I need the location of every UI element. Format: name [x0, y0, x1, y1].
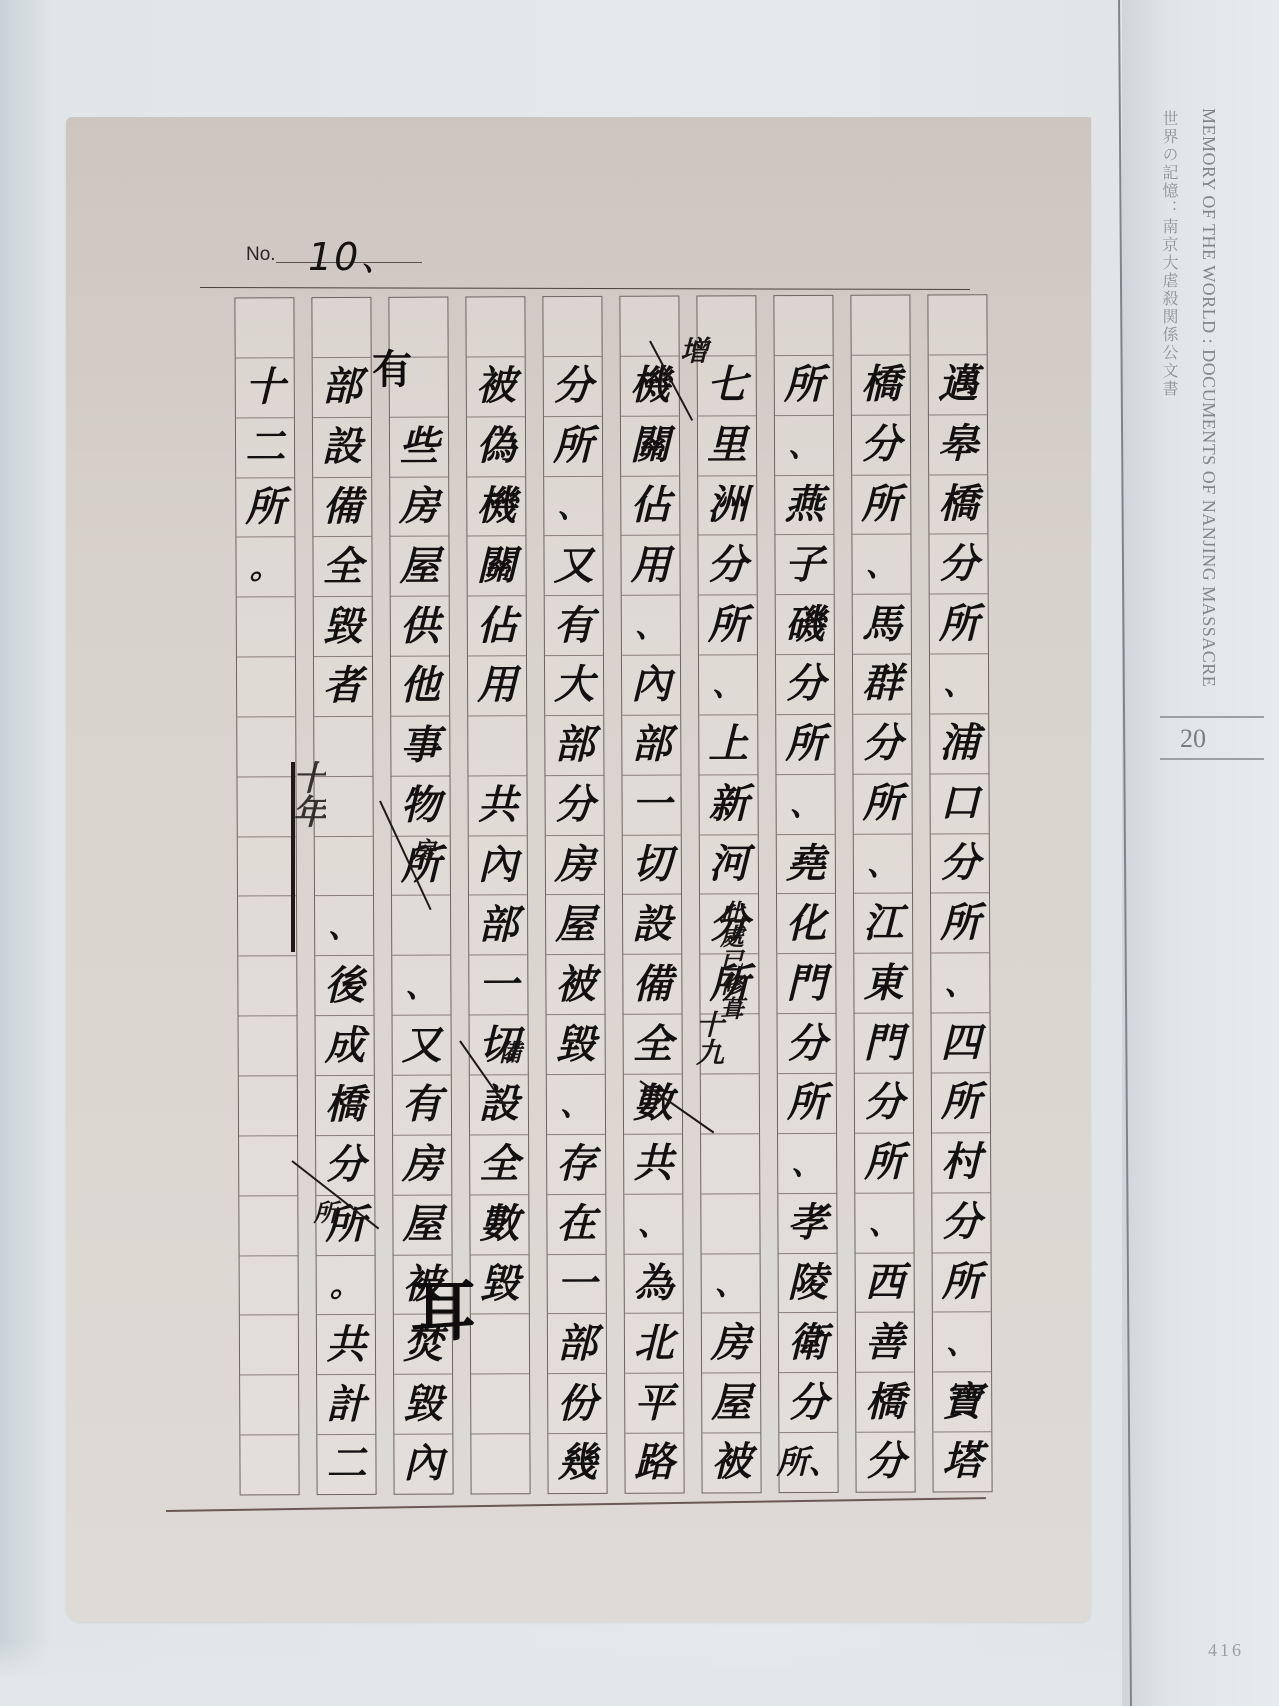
grid-cell: [312, 298, 370, 358]
grid-cell: [239, 1196, 297, 1256]
grid-cell: 所: [931, 894, 989, 954]
grid-cell: 數: [470, 1195, 528, 1255]
grid-cell: 分: [932, 1193, 990, 1253]
grid-cell: [466, 297, 524, 357]
grid-cell: 屋: [390, 537, 448, 597]
grid-cell: 、: [547, 1075, 605, 1135]
grid-cell: 堯: [777, 834, 835, 894]
grid-cell: [471, 1434, 529, 1493]
grid-cell: 一: [622, 775, 680, 835]
grid-cell: [235, 298, 293, 358]
grid-cell: 平: [625, 1374, 683, 1434]
grid-cell: 後: [315, 956, 373, 1016]
chapter-number: 20: [1180, 724, 1206, 754]
grid-cell: 分: [779, 1373, 837, 1433]
grid-cell: 分: [853, 714, 911, 774]
grid-cell: 內: [394, 1435, 452, 1494]
grid-cell: 寶: [933, 1372, 991, 1432]
grid-cell: 部: [545, 716, 603, 776]
grid-cell: 分: [776, 655, 834, 715]
grid-cell: 、: [315, 896, 373, 956]
grid-cell: 橋: [929, 475, 987, 535]
grid-cell: 備: [313, 477, 371, 537]
margin-note-insert: 所: [306, 1200, 341, 1224]
grid-cell: 。: [317, 1255, 375, 1315]
margin-note-insert: 備: [490, 1040, 525, 1064]
grid-cell: [238, 957, 296, 1017]
grid-cell: 善: [856, 1313, 914, 1373]
running-title-english: MEMORY OF THE WORLD : DOCUMENTS OF NANJI…: [1198, 108, 1219, 687]
page-number: 416: [1208, 1640, 1244, 1661]
grid-cell: 。: [236, 538, 294, 598]
grid-cell: 共: [468, 776, 526, 836]
margin-note-revision: 此處已修葺: [716, 900, 742, 1020]
grid-cell: 所: [932, 1073, 990, 1133]
grid-cell: 分: [544, 357, 602, 417]
grid-cell: 事: [391, 716, 449, 776]
grid-cell: 全: [313, 537, 371, 597]
grid-cell: 四: [932, 1013, 990, 1073]
grid-cell: 、: [855, 1193, 913, 1253]
grid-cell: 分: [855, 1074, 913, 1134]
grid-cell: 房: [390, 477, 448, 537]
grid-cell: 橋: [316, 1076, 374, 1136]
grid-cell: 佔: [468, 596, 526, 656]
grid-cell: 、: [930, 654, 988, 714]
grid-cell: 、: [392, 956, 450, 1016]
manuscript-column: 機關佔用、內部一切設備全數共、為北平路: [619, 296, 684, 1494]
grid-cell: 所: [853, 774, 911, 834]
grid-cell: 二: [317, 1435, 375, 1494]
grid-cell: 幾: [548, 1434, 606, 1493]
margin-note-insert: 房: [404, 838, 439, 862]
grid-cell: 七: [698, 356, 756, 416]
document-number-label: No.: [246, 244, 276, 266]
grid-cell: 毀: [314, 597, 372, 657]
grid-cell: 皋: [929, 415, 987, 475]
margin-note-strikeout: 十年: [282, 760, 331, 828]
grid-cell: 陵: [779, 1253, 837, 1313]
manuscript-column: 七里洲分所、上新河分所、房屋被: [696, 295, 761, 1493]
grid-cell: 全: [624, 1015, 682, 1075]
grid-cell: 所: [778, 1074, 836, 1134]
grid-cell: 二: [236, 418, 294, 478]
grid-cell: 分: [698, 536, 756, 596]
grid-cell: 用: [468, 656, 526, 716]
grid-cell: 所: [544, 417, 602, 477]
grid-cell: 、: [702, 1254, 760, 1314]
manuscript-grid: 邁皋橋分所、浦口分所、四所村分所、寶塔橋分所、馬群分所、江東門分所、西善橋分所、…: [161, 294, 992, 1494]
grid-cell: [239, 1136, 297, 1196]
grid-cell: 、: [544, 476, 602, 536]
grid-cell: 房: [393, 1135, 451, 1195]
grid-cell: 共: [317, 1315, 375, 1375]
manuscript-column: 十二所。: [234, 297, 299, 1495]
grid-cell: 分: [929, 535, 987, 595]
grid-cell: 、: [699, 655, 757, 715]
grid-cell: 所: [236, 478, 294, 538]
grid-cell: 機: [621, 356, 679, 416]
grid-cell: 馬: [853, 595, 911, 655]
grid-cell: 物: [391, 776, 449, 836]
grid-cell: 部: [548, 1314, 606, 1374]
grid-cell: 、: [852, 535, 910, 595]
grid-cell: 、: [775, 416, 833, 476]
correction-stroke: [291, 762, 295, 952]
grid-cell: 全: [470, 1135, 528, 1195]
grid-cell: [851, 296, 909, 356]
grid-cell: 橋: [852, 355, 910, 415]
margin-note-insert: 增: [672, 336, 712, 364]
grid-cell: 設: [623, 895, 681, 955]
grid-cell: 一: [548, 1254, 606, 1314]
grid-cell: [471, 1374, 529, 1434]
grid-cell: 部: [313, 358, 371, 418]
grid-cell: 屋: [546, 895, 604, 955]
grid-cell: [471, 1315, 529, 1375]
grid-cell: 所: [852, 475, 910, 535]
grid-cell: [701, 1194, 759, 1254]
grid-cell: 十: [236, 358, 294, 418]
grid-cell: 群: [853, 655, 911, 715]
grid-cell: 分: [778, 1014, 836, 1074]
grid-cell: 門: [777, 954, 835, 1014]
manuscript-column: 邁皋橋分所、浦口分所、四所村分所、寶塔: [927, 294, 992, 1492]
grid-cell: 偽: [467, 417, 525, 477]
grid-cell: 屋: [393, 1195, 451, 1255]
grid-cell: 浦: [930, 714, 988, 774]
grid-cell: 計: [317, 1375, 375, 1435]
grid-cell: [238, 837, 296, 897]
grid-cell: 村: [932, 1133, 990, 1193]
grid-cell: [928, 295, 986, 355]
ink-blot-character: 有: [372, 338, 412, 395]
page-bottom-curl: [0, 1640, 1122, 1706]
manuscript-column: 橋分所、馬群分所、江東門分所、西善橋分: [850, 295, 915, 1493]
grid-cell: 備: [623, 955, 681, 1015]
running-title-japanese: 世界の記憶：南京大虐殺関係公文書: [1158, 110, 1181, 398]
grid-cell: 東: [854, 954, 912, 1014]
grid-cell: 衛: [779, 1313, 837, 1373]
grid-cell: 分: [856, 1433, 914, 1492]
grid-cell: 、: [776, 775, 834, 835]
grid-cell: 設: [313, 418, 371, 478]
grid-cell: 毀: [394, 1375, 452, 1435]
grid-cell: [315, 836, 373, 896]
margin-note-number: 十九: [688, 1010, 728, 1066]
grid-cell: 化: [777, 894, 835, 954]
grid-cell: 部: [622, 715, 680, 775]
grid-cell: 內: [469, 836, 527, 896]
grid-cell: 所: [776, 715, 834, 775]
grid-cell: 所: [775, 356, 833, 416]
grid-cell: 又: [393, 1016, 451, 1076]
grid-cell: [774, 296, 832, 356]
seal-mark: 耳: [410, 1258, 476, 1353]
grid-cell: 路: [625, 1434, 683, 1493]
grid-cell: 燕: [775, 475, 833, 535]
grid-cell: 、: [933, 1313, 991, 1373]
grid-cell: 門: [855, 1014, 913, 1074]
grid-cell: 所: [930, 594, 988, 654]
grid-cell: 所、: [779, 1433, 837, 1492]
grid-cell: 他: [391, 657, 449, 717]
grid-cell: [237, 597, 295, 657]
grid-cell: [239, 1076, 297, 1136]
grid-cell: [237, 657, 295, 717]
grid-cell: 用: [621, 536, 679, 596]
grid-cell: [468, 716, 526, 776]
grid-cell: 分: [852, 415, 910, 475]
grid-cell: 內: [622, 656, 680, 716]
grid-cell: 有: [545, 596, 603, 656]
grid-cell: [392, 896, 450, 956]
grid-cell: 有: [393, 1076, 451, 1136]
grid-cell: 孝: [778, 1194, 836, 1254]
grid-cell: 毀: [547, 1015, 605, 1075]
grid-cell: 口: [930, 774, 988, 834]
document-number-value: 10、: [308, 226, 400, 281]
grid-cell: 里: [698, 416, 756, 476]
grid-cell: 份: [548, 1374, 606, 1434]
manuscript-column: 分所、又有大部分房屋被毀、存在一部份幾: [542, 296, 607, 1494]
grid-cell: 磯: [776, 595, 834, 655]
grid-cell: 為: [625, 1254, 683, 1314]
grid-cell: [701, 1134, 759, 1194]
grid-cell: [543, 297, 601, 357]
grid-cell: 、: [622, 596, 680, 656]
grid-cell: 被: [702, 1433, 760, 1492]
grid-cell: [240, 1435, 298, 1494]
grid-cell: [240, 1256, 298, 1316]
grid-cell: 、: [854, 834, 912, 894]
grid-cell: 子: [775, 535, 833, 595]
grid-cell: [238, 897, 296, 957]
grid-cell: 在: [547, 1195, 605, 1255]
grid-cell: 塔: [933, 1432, 991, 1491]
grid-cell: 存: [547, 1135, 605, 1195]
grid-cell: 者: [314, 657, 372, 717]
grid-cell: 所: [933, 1253, 991, 1313]
grid-cell: 、: [778, 1134, 836, 1194]
grid-cell: 上: [699, 715, 757, 775]
grid-cell: 被: [467, 357, 525, 417]
grid-cell: 江: [854, 894, 912, 954]
grid-cell: 成: [316, 1016, 374, 1076]
grid-cell: 橋: [856, 1373, 914, 1433]
grid-cell: 設: [470, 1075, 528, 1135]
grid-cell: 所: [855, 1133, 913, 1193]
grid-cell: [620, 297, 678, 357]
grid-cell: 被: [546, 955, 604, 1015]
grid-cell: 共: [624, 1134, 682, 1194]
grid-cell: [701, 1074, 759, 1134]
chapter-number-box: [1160, 716, 1264, 760]
grid-cell: 分: [931, 834, 989, 894]
grid-cell: 河: [700, 835, 758, 895]
grid-cell: [239, 1016, 297, 1076]
grid-cell: 、: [931, 953, 989, 1013]
grid-cell: 分: [545, 776, 603, 836]
grid-cell: 房: [702, 1314, 760, 1374]
grid-cell: 一: [469, 955, 527, 1015]
grid-cell: 房: [546, 835, 604, 895]
grid-cell: 又: [544, 536, 602, 596]
grid-cell: 佔: [621, 476, 679, 536]
grid-cell: 新: [699, 775, 757, 835]
grid-cell: 屋: [702, 1373, 760, 1433]
grid-cell: 供: [391, 597, 449, 657]
grid-cell: 西: [856, 1253, 914, 1313]
grid-cell: 機: [467, 477, 525, 537]
grid-cell: 部: [469, 896, 527, 956]
grid-cell: 邁: [929, 355, 987, 415]
grid-cell: 、: [624, 1194, 682, 1254]
manuscript-column: 部設備全毀者、後成橋分所。共計二: [311, 297, 376, 1495]
manuscript-column: 所、燕子磯分所、堯化門分所、孝陵衛分所、: [773, 295, 838, 1493]
grid-cell: 洲: [698, 476, 756, 536]
grid-cell: 切: [623, 835, 681, 895]
grid-cell: 關: [621, 416, 679, 476]
grid-cell: 些: [390, 417, 448, 477]
grid-cell: [240, 1316, 298, 1376]
grid-cell: 大: [545, 656, 603, 716]
grid-cell: [240, 1375, 298, 1435]
grid-cell: 所: [699, 595, 757, 655]
grid-cell: 毀: [471, 1255, 529, 1315]
grid-cell: 關: [467, 537, 525, 597]
grid-cell: 北: [625, 1314, 683, 1374]
